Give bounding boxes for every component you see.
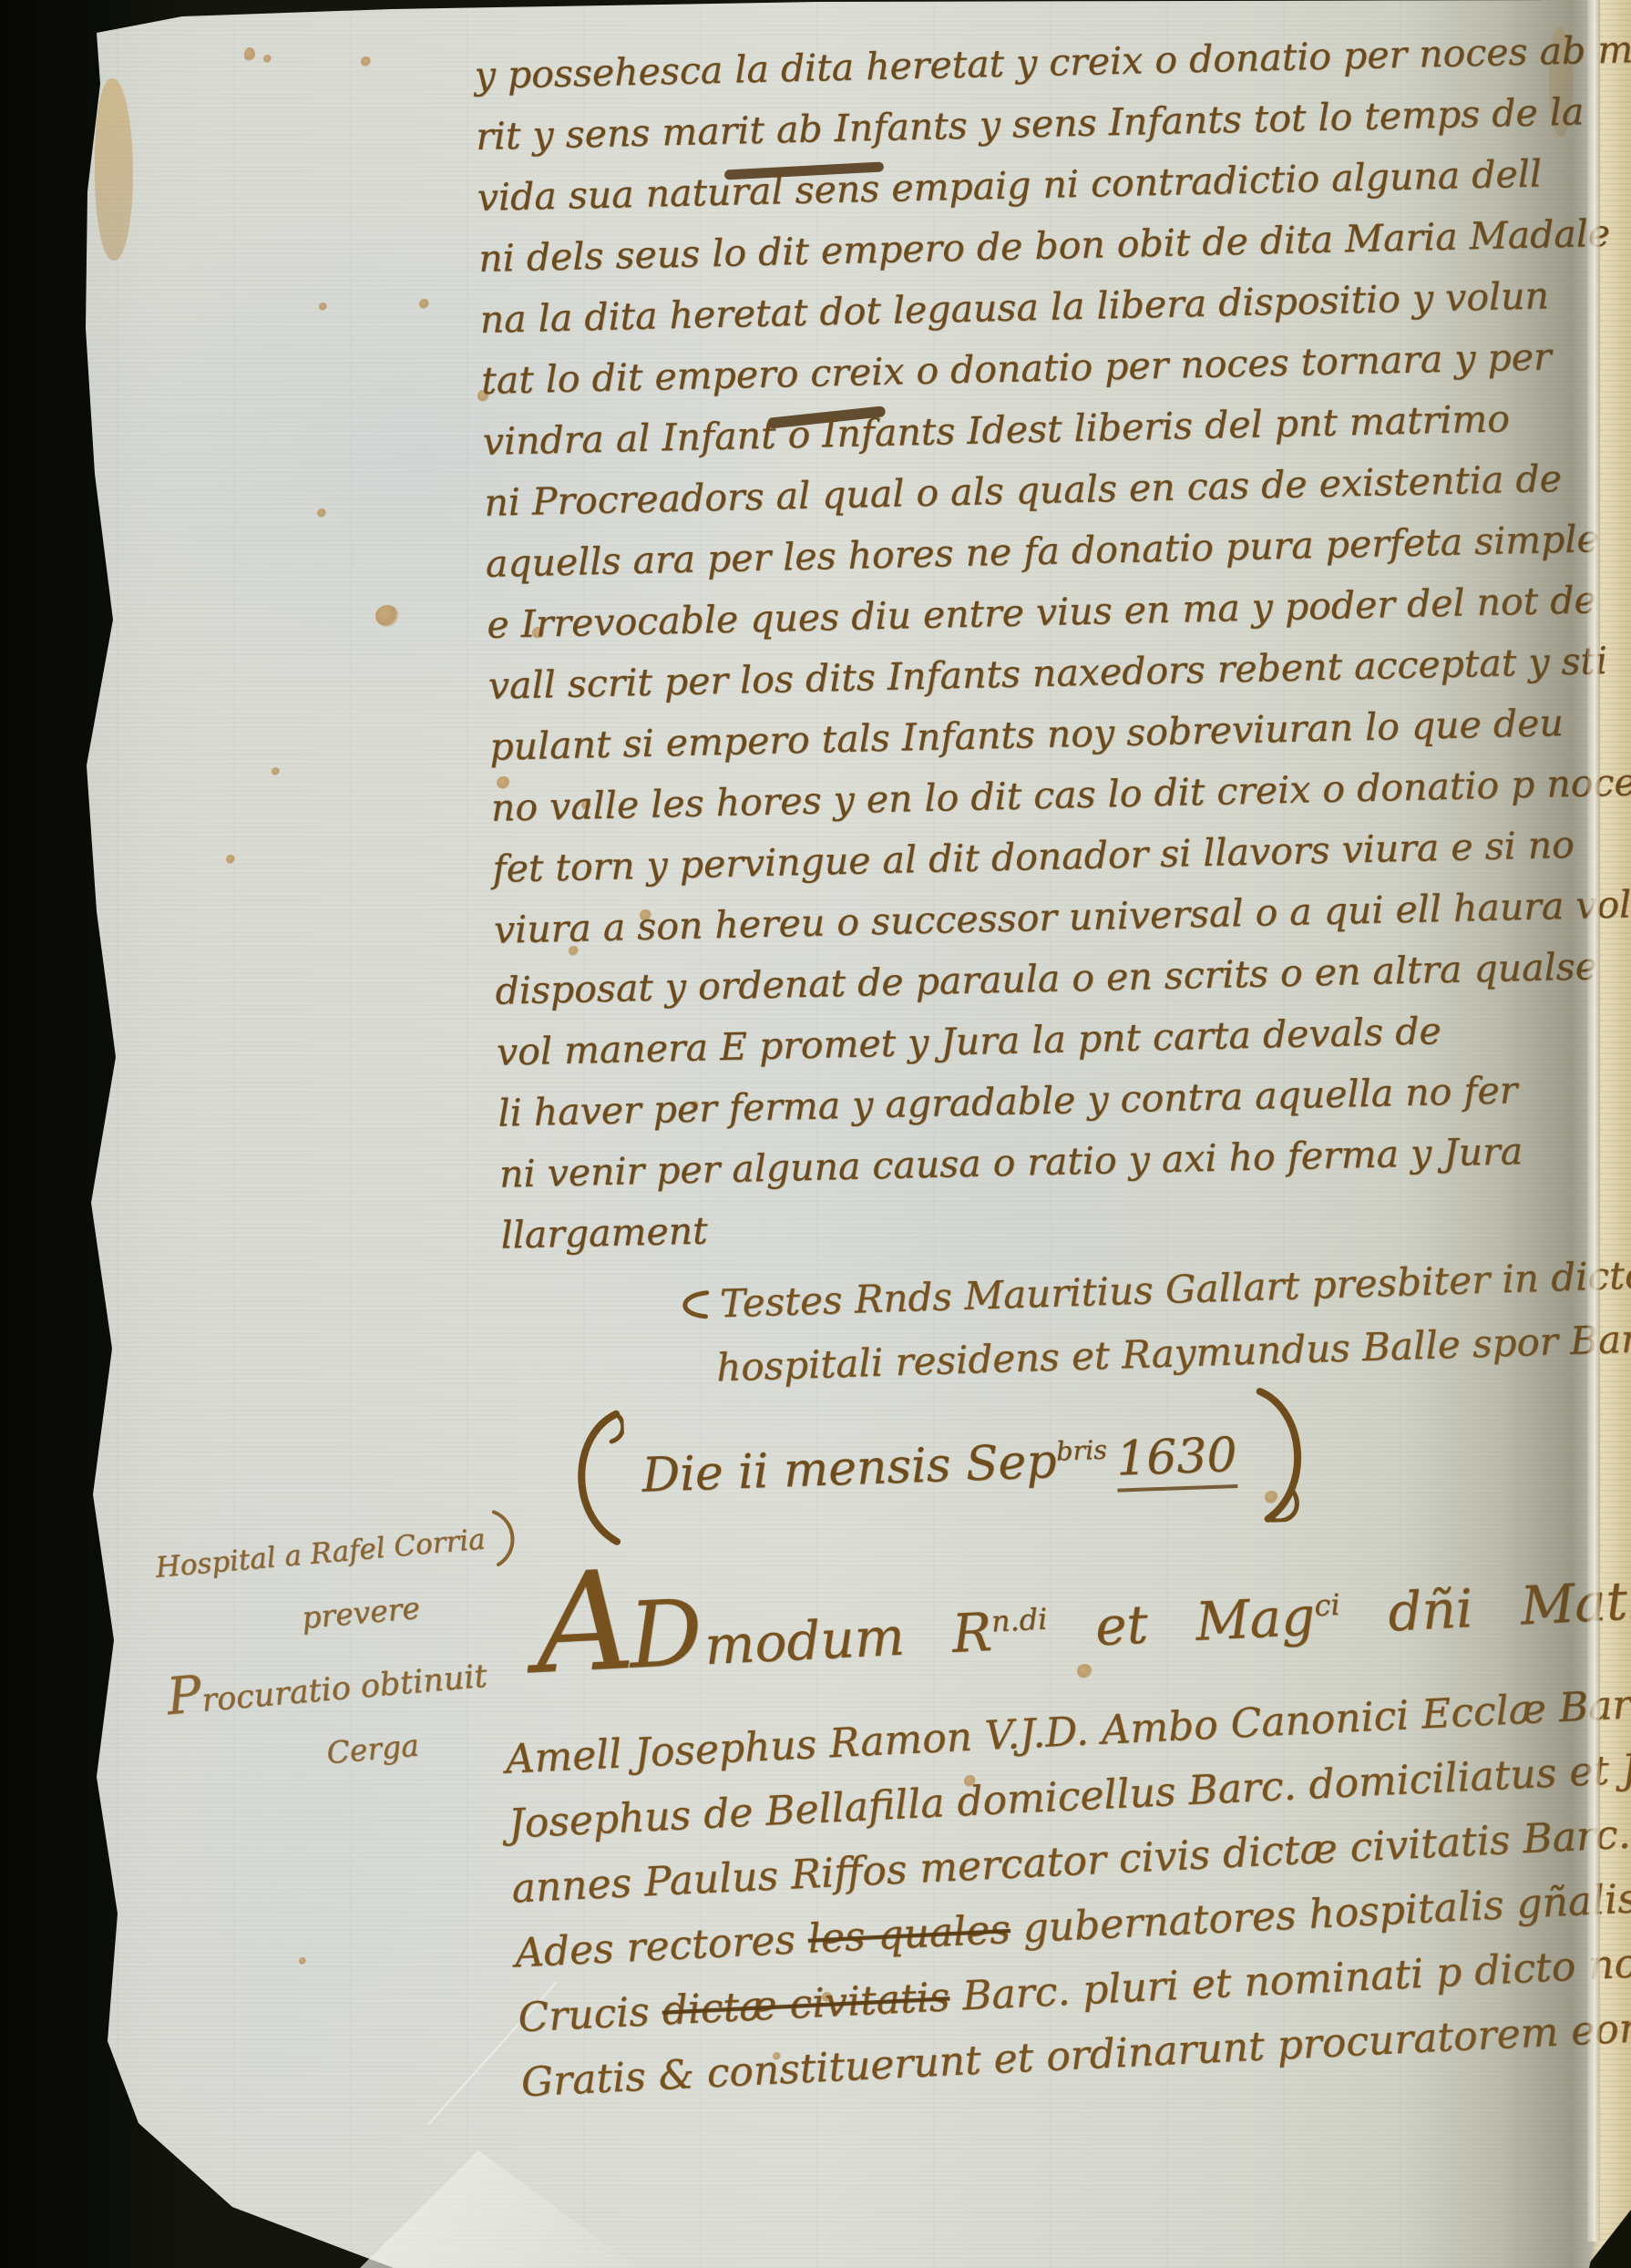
pen-flourish-icon xyxy=(558,1408,628,1546)
abbreviation-superscript: ci xyxy=(1314,1587,1341,1623)
scan-background: y possehesca la dita heretat y creix o d… xyxy=(0,0,1631,2268)
foxing-spot xyxy=(244,47,255,62)
pen-flourish-icon xyxy=(671,1288,712,1323)
date-text: Die ii mensis Sepbris1630 xyxy=(641,1428,1238,1503)
body-paragraph: y possehesca la dita heretat y creix o d… xyxy=(474,19,1631,1266)
foxing-spot xyxy=(263,55,272,63)
struck-through-text: dictæ civitatis xyxy=(662,1974,951,2034)
date-line: Die ii mensis Sepbris1630 xyxy=(558,1384,1321,1547)
illuminated-initial: A xyxy=(533,1572,631,1675)
illuminated-initial: D xyxy=(628,1598,704,1670)
latin-act-paragraph: ADmodum Rn.di et Magci dñi Mathias Amell… xyxy=(497,1523,1631,2115)
foxing-spot xyxy=(375,605,399,627)
abbreviation-superscript: n.di xyxy=(990,1601,1048,1638)
foxing-spot xyxy=(226,855,235,864)
page-curl-edge xyxy=(1587,0,1600,2242)
foxing-spot xyxy=(272,767,280,775)
foxing-spot xyxy=(317,508,326,518)
foxing-spot xyxy=(361,56,371,67)
foxing-spot xyxy=(319,303,327,311)
struck-through-text: les quales xyxy=(807,1906,1011,1963)
pen-flourish-icon xyxy=(1251,1384,1321,1523)
foxing-spot xyxy=(299,1957,306,1965)
date-superscript: bris xyxy=(1055,1434,1107,1467)
foxing-spot xyxy=(419,299,429,309)
pen-flourish-icon xyxy=(488,1506,525,1569)
date-year: 1630 xyxy=(1115,1428,1238,1493)
